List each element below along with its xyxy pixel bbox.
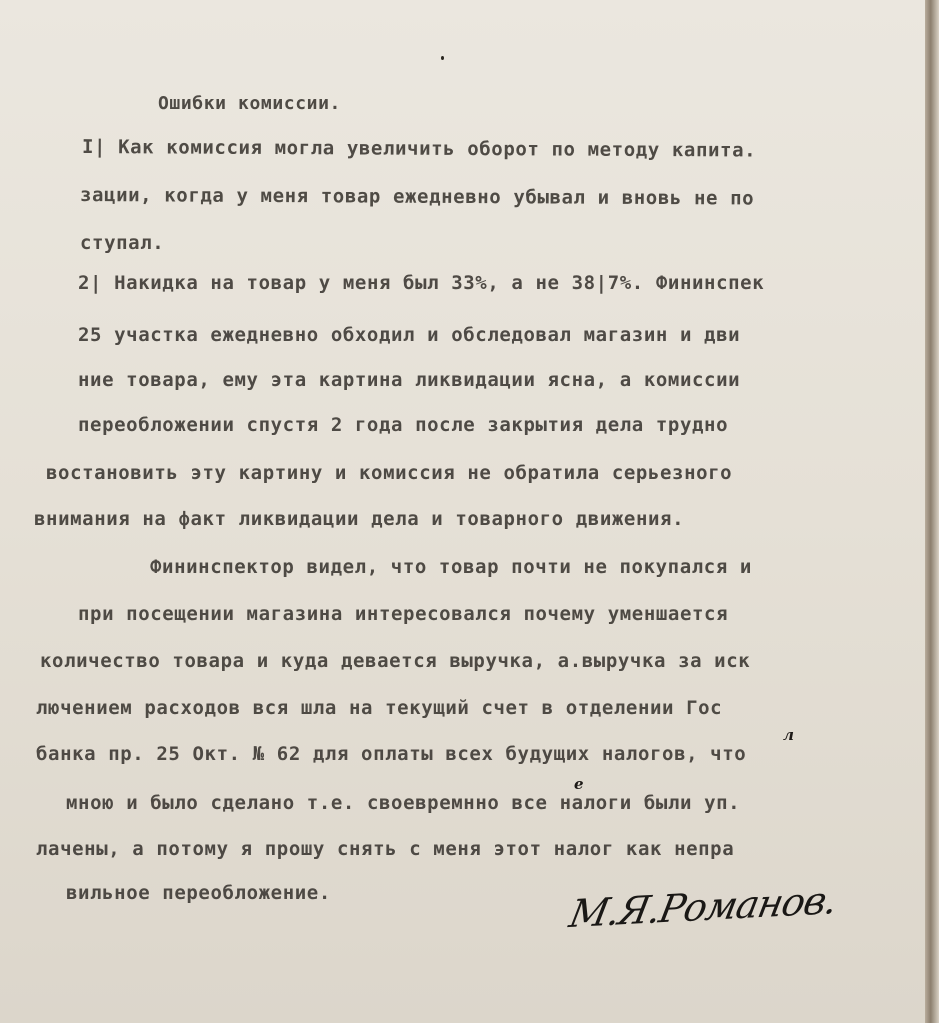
doc-line-15: мною и было сделано т.е. своевремнно все…: [66, 792, 740, 814]
doc-line-9: внимания на факт ликвидации дела и товар…: [34, 508, 684, 530]
doc-line-5: 25 участка ежедневно обходил и обследова…: [78, 324, 740, 346]
doc-line-7: переобложении спустя 2 года после закрыт…: [78, 414, 728, 436]
page-edge: [925, 0, 939, 1023]
doc-line-11: при посещении магазина интересовался поч…: [78, 603, 728, 625]
doc-line-4: 2| Накидка на товар у меня был 33%, а не…: [78, 272, 764, 294]
handwritten-insertion-l: л: [783, 726, 794, 744]
item-number: 2|: [78, 272, 102, 294]
item-number: I|: [82, 136, 106, 158]
doc-line-10: Фининспектор видел, что товар почти не п…: [150, 556, 752, 578]
doc-line-6: ние товара, ему эта картина ликвидации я…: [78, 369, 740, 391]
document-title: Ошибки комиссии.: [158, 93, 341, 114]
doc-line-13: лючением расходов вся шла на текущий сче…: [36, 697, 722, 719]
doc-line-2: зации, когда у меня товар ежедневно убыв…: [80, 184, 754, 210]
ink-dot: [441, 56, 444, 60]
doc-line-16: лачены, а потому я прошу снять с меня эт…: [36, 838, 734, 860]
doc-line-1: I| Как комиссия могла увеличить оборот п…: [82, 136, 756, 162]
doc-line-17: вильное переобложение.: [66, 882, 331, 904]
handwritten-insertion-e: е: [574, 775, 584, 793]
doc-line-14: банка пр. 25 Окт. № 62 для оплаты всех б…: [36, 743, 746, 765]
doc-line-3: ступал.: [80, 232, 164, 254]
doc-line-8: востановить эту картину и комиссия не об…: [46, 462, 732, 484]
doc-line-12: количество товара и куда девается выручк…: [40, 650, 750, 672]
